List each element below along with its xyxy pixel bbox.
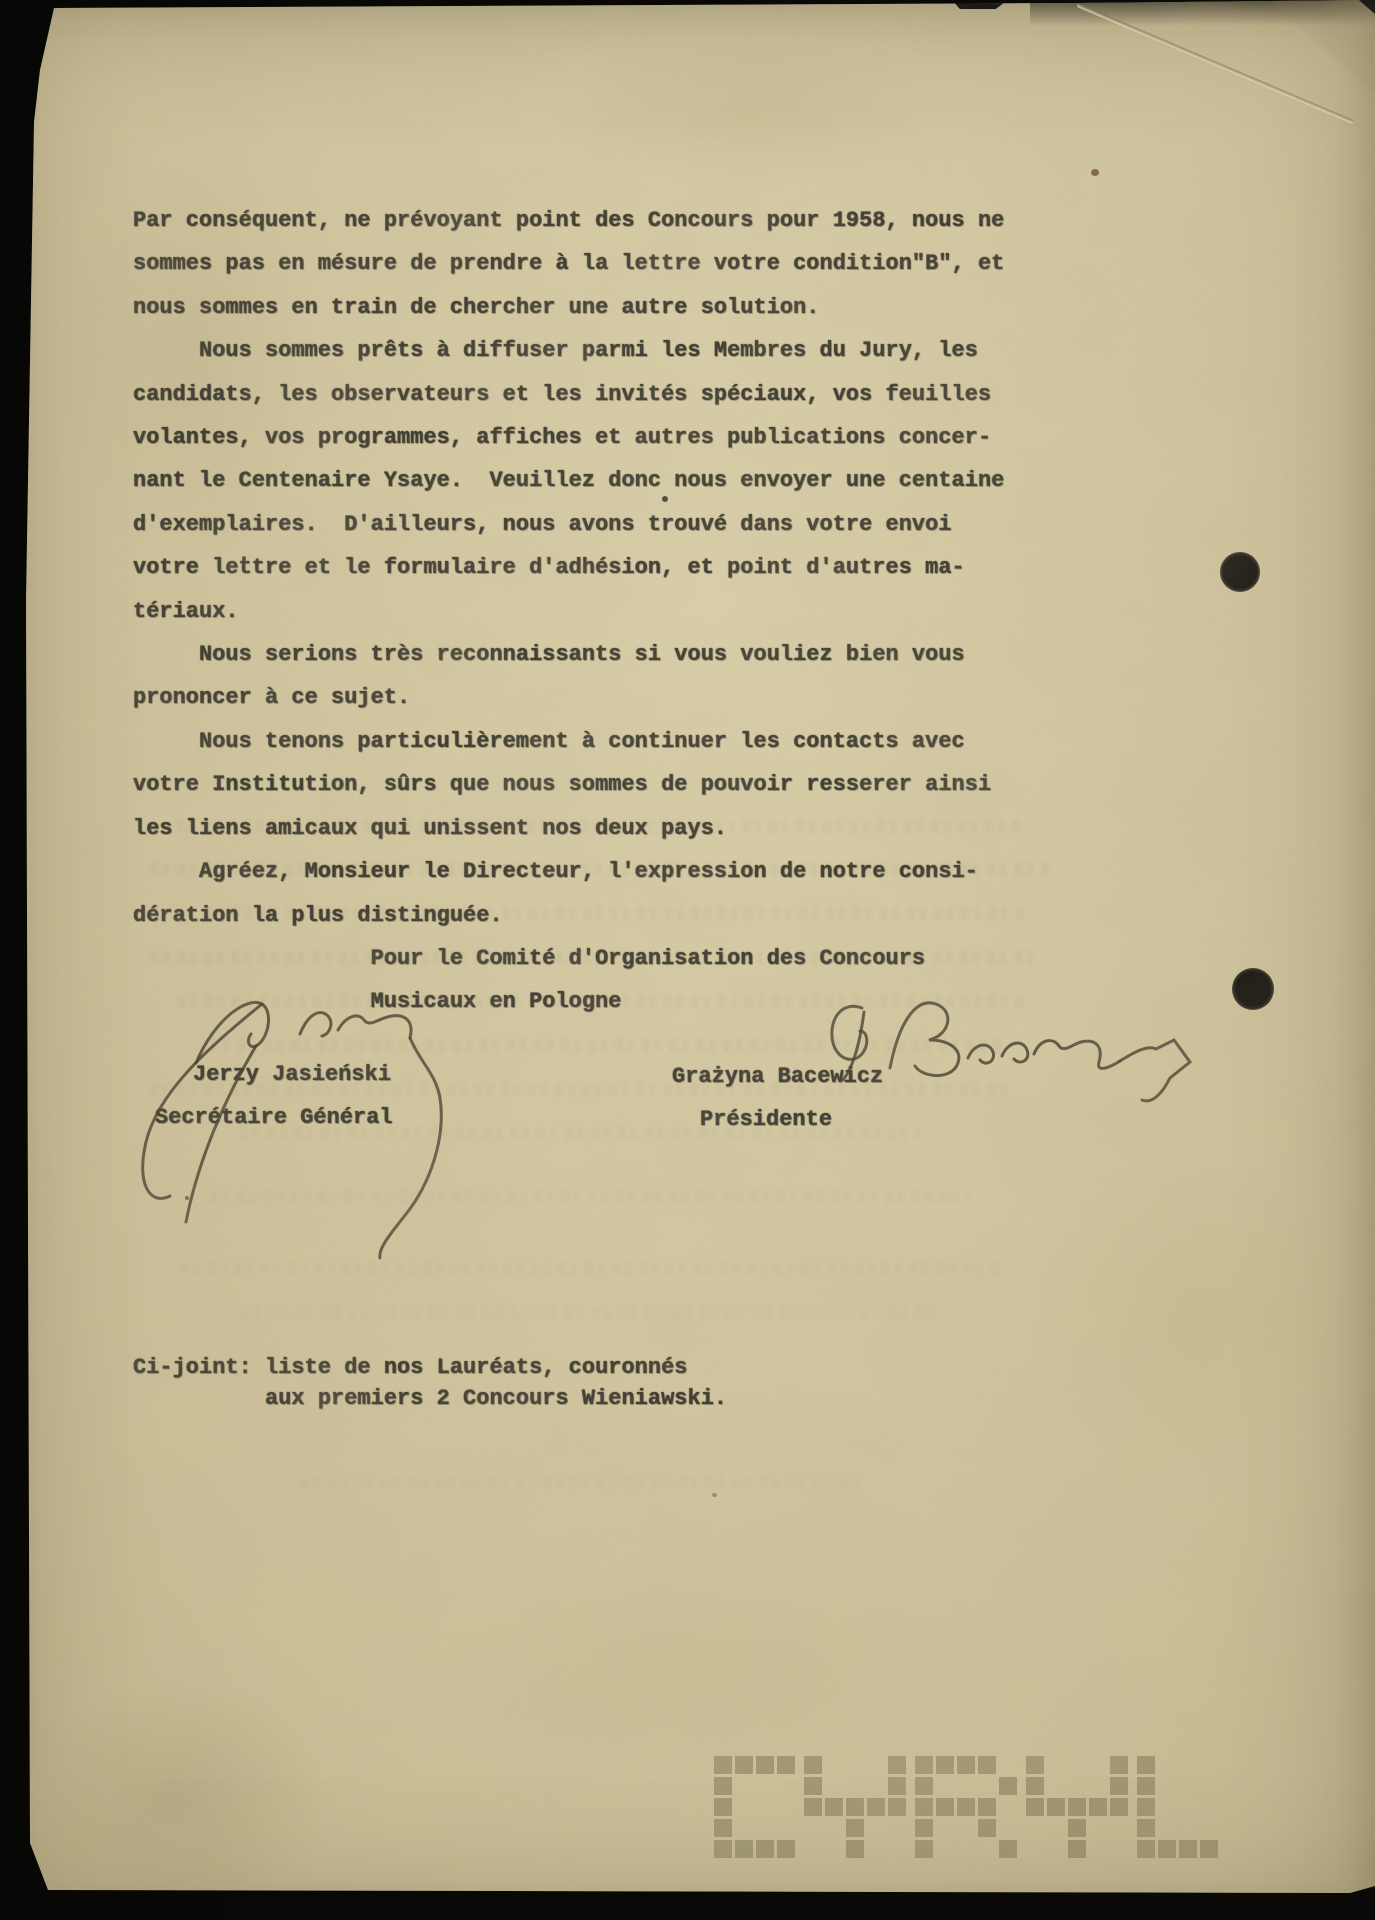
watermark-tile	[915, 1840, 933, 1858]
watermark-tile	[1026, 1756, 1044, 1774]
watermark-tile	[1137, 1777, 1155, 1795]
watermark-tile	[1068, 1798, 1086, 1816]
watermark-tile	[957, 1756, 975, 1774]
watermark-tile	[804, 1798, 822, 1816]
watermark-tile	[1179, 1840, 1197, 1858]
watermark-tile	[714, 1777, 732, 1795]
bleed-through-text	[300, 1476, 860, 1489]
watermark-tile	[1110, 1756, 1128, 1774]
watermark-tile	[714, 1798, 732, 1816]
watermark-tile	[1137, 1798, 1155, 1816]
top-edge-notch	[952, 0, 1008, 9]
watermark-tile	[1047, 1798, 1065, 1816]
watermark-tile	[1137, 1819, 1155, 1837]
watermark-tile	[957, 1798, 975, 1816]
punch-hole	[1220, 552, 1260, 592]
watermark-tile	[1068, 1819, 1086, 1837]
watermark-tile	[756, 1756, 774, 1774]
attachment-note: Ci-joint: liste de nos Lauréats, couronn…	[133, 1352, 727, 1414]
ink-speck	[242, 556, 246, 560]
right-signer-title: Présidente	[700, 1098, 832, 1141]
watermark-tile	[915, 1798, 933, 1816]
watermark-tile	[978, 1798, 996, 1816]
watermark-tile	[999, 1777, 1017, 1795]
watermark-tile	[804, 1756, 822, 1774]
watermark-tile	[846, 1798, 864, 1816]
watermark-tile	[1026, 1798, 1044, 1816]
letter-body-text: Par conséquent, ne prévoyant point des C…	[133, 199, 1004, 1024]
watermark-tile	[735, 1756, 753, 1774]
watermark-tile	[888, 1756, 906, 1774]
watermark-tile	[777, 1756, 795, 1774]
cyryl-watermark	[714, 1756, 1244, 1868]
watermark-tile	[756, 1840, 774, 1858]
bleed-through-text	[210, 1039, 1000, 1052]
watermark-tile	[714, 1819, 732, 1837]
watermark-tile	[1089, 1798, 1107, 1816]
paper-stain	[420, 1560, 980, 1780]
watermark-tile	[936, 1756, 954, 1774]
ink-speck	[1091, 169, 1099, 176]
watermark-tile	[1137, 1756, 1155, 1774]
watermark-tile	[867, 1798, 885, 1816]
watermark-tile	[888, 1798, 906, 1816]
watermark-tile	[1158, 1840, 1176, 1858]
watermark-tile	[915, 1819, 933, 1837]
watermark-tile	[846, 1819, 864, 1837]
ink-speck	[662, 496, 668, 502]
watermark-tile	[1137, 1840, 1155, 1858]
watermark-tile	[1068, 1840, 1086, 1858]
watermark-tile	[777, 1840, 795, 1858]
punch-hole	[1232, 968, 1274, 1010]
bleed-through-text	[210, 1190, 970, 1203]
watermark-tile	[735, 1840, 753, 1858]
watermark-tile	[978, 1756, 996, 1774]
watermark-tile	[888, 1777, 906, 1795]
bleed-through-text	[240, 1306, 940, 1319]
left-signer-name: Jerzy Jasieński	[193, 1053, 391, 1096]
watermark-tile	[915, 1777, 933, 1795]
right-signer-name: Grażyna Bacewicz	[672, 1055, 883, 1098]
paper-stain	[30, 1680, 330, 1920]
ink-speck	[712, 1493, 717, 1497]
paper-stain	[1020, 1150, 1350, 1480]
folded-corner	[1270, 0, 1375, 96]
bleed-through-text	[180, 1262, 1000, 1275]
watermark-tile	[978, 1819, 996, 1837]
watermark-tile	[825, 1798, 843, 1816]
watermark-tile	[1200, 1840, 1218, 1858]
paper-stain	[540, 40, 960, 190]
watermark-tile	[1110, 1777, 1128, 1795]
watermark-tile	[936, 1798, 954, 1816]
watermark-tile	[1026, 1777, 1044, 1795]
watermark-tile	[846, 1840, 864, 1858]
watermark-tile	[999, 1840, 1017, 1858]
left-signer-title: Secrétaire Général	[155, 1096, 393, 1139]
paper-sheet: Par conséquent, ne prévoyant point des C…	[0, 0, 1375, 1920]
watermark-tile	[714, 1840, 732, 1858]
ink-speck	[185, 1196, 189, 1200]
watermark-tile	[714, 1756, 732, 1774]
watermark-tile	[915, 1756, 933, 1774]
watermark-tile	[1110, 1798, 1128, 1816]
watermark-tile	[804, 1777, 822, 1795]
scanned-letter-page: Par conséquent, ne prévoyant point des C…	[0, 0, 1375, 1920]
